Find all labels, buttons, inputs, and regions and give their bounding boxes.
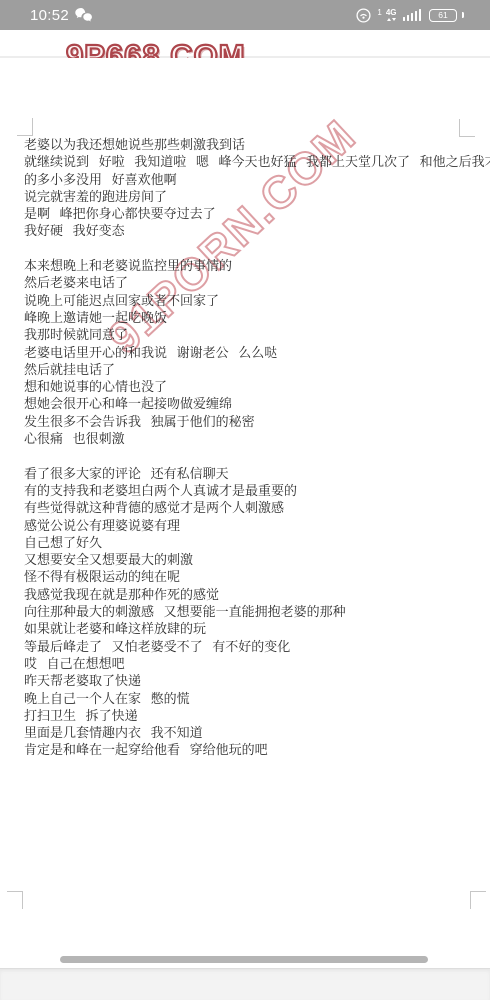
network-type-indicator: 4G: [386, 9, 397, 21]
text-line: 打扫卫生 拆了快递: [24, 707, 474, 724]
app-background-strip: [0, 968, 490, 1000]
battery-percent: 61: [438, 10, 447, 20]
text-line: 如果就让老婆和峰这样放肆的玩: [24, 620, 474, 637]
text-line: 自己想了好久: [24, 534, 474, 551]
text-line: 然后就挂电话了: [24, 361, 474, 378]
wechat-icon: [75, 8, 92, 22]
margin-mark-top-right: [459, 119, 475, 137]
text-line: 又想要安全又想要最大的刺激: [24, 551, 474, 568]
margin-mark-bottom-right: [470, 891, 486, 909]
document-text: 老婆以为我还想她说些那些刺激我到话就继续说到 好啦 我知道啦 嗯 峰今天也好猛 …: [24, 136, 474, 759]
text-line: 晚上自己一个人在家 憋的慌: [24, 690, 474, 707]
battery-nub-icon: [462, 12, 464, 18]
text-line: 想和她说事的心情也没了: [24, 378, 474, 395]
text-line: 说晚上可能迟点回家或者不回家了: [24, 292, 474, 309]
text-line: 峰晚上邀请她一起吃晚饭: [24, 309, 474, 326]
paragraph: 老婆以为我还想她说些那些刺激我到话就继续说到 好啦 我知道啦 嗯 峰今天也好猛 …: [24, 136, 474, 240]
paragraph: 本来想晚上和老婆说监控里的事情的然后老婆来电话了说晚上可能迟点回家或者不回家了峰…: [24, 257, 474, 447]
text-line: 怪不得有极限运动的纯在呢: [24, 568, 474, 585]
status-bar-left: 10:52: [0, 7, 92, 24]
horizontal-scrollbar[interactable]: [60, 956, 428, 963]
text-line: 肯定是和峰在一起穿给他看 穿给他玩的吧: [24, 741, 474, 758]
text-line: 老婆以为我还想她说些那些刺激我到话: [24, 136, 474, 153]
text-line: 里面是几套情趣内衣 我不知道: [24, 724, 474, 741]
margin-mark-bottom-left: [7, 891, 23, 909]
hotspot-icon: [356, 8, 371, 23]
text-line: 有些觉得就这种背德的感觉才是两个人刺激感: [24, 499, 474, 516]
text-line: 我好硬 我好变态: [24, 222, 474, 239]
text-line: 我那时候就同意了: [24, 326, 474, 343]
text-line: 的多小多没用 好喜欢他啊: [24, 171, 474, 188]
text-line: 感觉公说公有理婆说婆有理: [24, 517, 474, 534]
text-line: 然后老婆来电话了: [24, 274, 474, 291]
text-line: 就继续说到 好啦 我知道啦 嗯 峰今天也好猛 我都上天堂几次了 和他之后我才感觉…: [24, 153, 474, 170]
paragraph: 看了很多大家的评论 还有私信聊天有的支持我和老婆坦白两个人真诚才是最重要的有些觉…: [24, 465, 474, 759]
text-line: 是啊 峰把你身心都快要夺过去了: [24, 205, 474, 222]
margin-mark-top-left: [17, 118, 33, 136]
text-line: 哎 自己在想想吧: [24, 655, 474, 672]
network-type-label: 4G: [386, 9, 397, 17]
text-line: 等最后峰走了 又怕老婆受不了 有不好的变化: [24, 638, 474, 655]
sim-index-label: 1: [377, 8, 381, 17]
text-line: 向往那种最大的刺激感 又想要能一直能拥抱老婆的那种: [24, 603, 474, 620]
text-line: 老婆电话里开心的和我说 谢谢老公 么么哒: [24, 344, 474, 361]
text-line: 有的支持我和老婆坦白两个人真诚才是最重要的: [24, 482, 474, 499]
text-line: 说完就害羞的跑进房间了: [24, 188, 474, 205]
text-line: 昨天帮老婆取了快递: [24, 672, 474, 689]
text-line: 想她会很开心和峰一起接吻做爱缠绵: [24, 395, 474, 412]
signal-icon: [403, 9, 422, 21]
battery-icon: 61: [429, 9, 457, 22]
clock-label: 10:52: [30, 7, 69, 24]
text-line: 心很痛 也很刺激: [24, 430, 474, 447]
status-bar: 10:52 1 4G: [0, 0, 490, 30]
text-line: 本来想晚上和老婆说监控里的事情的: [24, 257, 474, 274]
status-bar-right: 1 4G 61: [356, 0, 464, 30]
phone-screen: 10:52 1 4G: [0, 0, 490, 1000]
text-line: 我感觉我现在就是那种作死的感觉: [24, 586, 474, 603]
network-arrows-icon: [387, 18, 396, 21]
text-line: 发生很多不会告诉我 独属于他们的秘密: [24, 413, 474, 430]
text-line: 看了很多大家的评论 还有私信聊天: [24, 465, 474, 482]
